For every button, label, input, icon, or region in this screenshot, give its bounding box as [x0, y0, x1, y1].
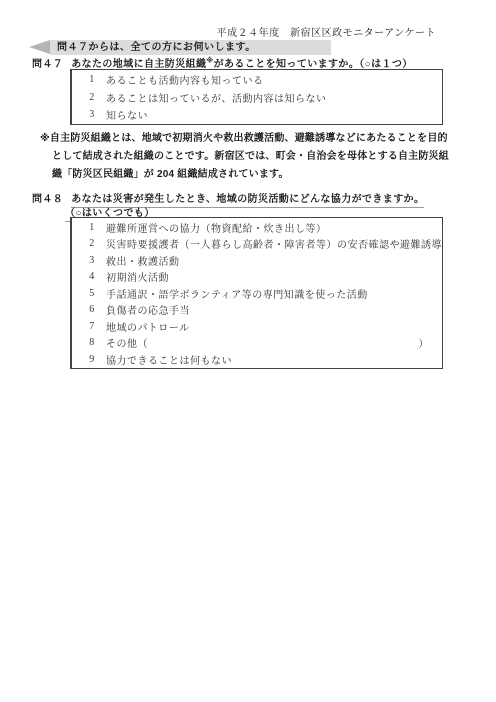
option-row-other: 8 その他（ ） — [72, 335, 442, 350]
option-row: 1 避難所運営への協力（物資配給・炊き出し等） — [72, 220, 442, 235]
option-text: 災害時要援護者（一人暮らし高齢者・障害者等）の安否確認や避難誘導 — [106, 236, 442, 251]
q48-number: 問４８ — [32, 190, 63, 208]
section-banner: 問４７からは、全ての方にお伺いします。 — [29, 40, 331, 55]
q47-number: 問４７ — [32, 55, 63, 73]
option-text: 負傷者の応急手当 — [106, 302, 190, 317]
option-number: 3 — [87, 109, 97, 120]
option-number: 8 — [87, 337, 97, 348]
option-row: 4 初期消火活動 — [72, 269, 442, 284]
option-row: 3 救出・救護活動 — [72, 253, 442, 268]
option-row: 2 あることは知っているが、活動内容は知らない — [72, 90, 442, 105]
option-text: 救出・救護活動 — [106, 253, 180, 268]
footnote-line: ※自主防災組織とは、地域で初期消火や救出救護活動、避難誘導などにあたることを目的 — [40, 130, 454, 148]
option-number: 9 — [87, 354, 97, 365]
option-text: 避難所運営への協力（物資配給・炊き出し等） — [106, 220, 327, 235]
page-header: 平成２４年度 新宿区区政モニターアンケート — [0, 24, 436, 39]
option-text: 初期消火活動 — [106, 269, 169, 284]
option-number: 5 — [87, 288, 97, 299]
footnote: ※自主防災組織とは、地域で初期消火や救出救護活動、避難誘導などにあたることを目的… — [40, 130, 454, 184]
option-row: 3 知らない — [72, 107, 442, 122]
option-number: 1 — [87, 74, 97, 85]
banner-arrow-icon — [29, 40, 50, 54]
document-page: 平成２４年度 新宿区区政モニターアンケート 問４７からは、全ての方にお伺いします… — [0, 0, 496, 702]
option-row: 6 負傷者の応急手当 — [72, 302, 442, 317]
q47-options-box: 1 あることも活動内容も知っている 2 あることは知っているが、活動内容は知らな… — [70, 69, 443, 125]
option-number: 2 — [87, 92, 97, 103]
footnote-line: として結成された組織のことです。新宿区では、町会・自治会を母体とする自主防災組 — [40, 148, 454, 166]
footnote-line: 織「防災区民組織」が 204 組織結成されています。 — [40, 166, 454, 184]
option-text: あることは知っているが、活動内容は知らない — [106, 90, 327, 105]
option-row: 7 地域のパトロール — [72, 319, 442, 334]
q48-options-box: 1 避難所運営への協力（物資配給・炊き出し等） 2 災害時要援護者（一人暮らし高… — [70, 217, 443, 369]
option-row: 9 協力できることは何もない — [72, 352, 442, 367]
option-number: 2 — [87, 238, 97, 249]
option-row: 5 手話通訳・語学ボランティア等の専門知識を使った活動 — [72, 286, 442, 301]
option-text: あることも活動内容も知っている — [106, 72, 264, 87]
option-number: 1 — [87, 222, 97, 233]
option-text: 手話通訳・語学ボランティア等の専門知識を使った活動 — [106, 286, 368, 301]
option-number: 3 — [87, 255, 97, 266]
option-number: 6 — [87, 304, 97, 315]
option-number: 4 — [87, 271, 97, 282]
option-text: その他（ — [106, 335, 148, 350]
footnote-marker-icon: ※ — [206, 58, 213, 65]
option-text: 協力できることは何もない — [106, 352, 232, 367]
option-number: 7 — [87, 321, 97, 332]
option-text: 地域のパトロール — [106, 319, 190, 334]
option-row: 2 災害時要援護者（一人暮らし高齢者・障害者等）の安否確認や避難誘導 — [72, 236, 442, 251]
other-close-paren: ） — [419, 335, 430, 350]
option-row: 1 あることも活動内容も知っている — [72, 72, 442, 87]
option-text: 知らない — [106, 107, 148, 122]
banner-text: 問４７からは、全ての方にお伺いします。 — [50, 40, 331, 55]
